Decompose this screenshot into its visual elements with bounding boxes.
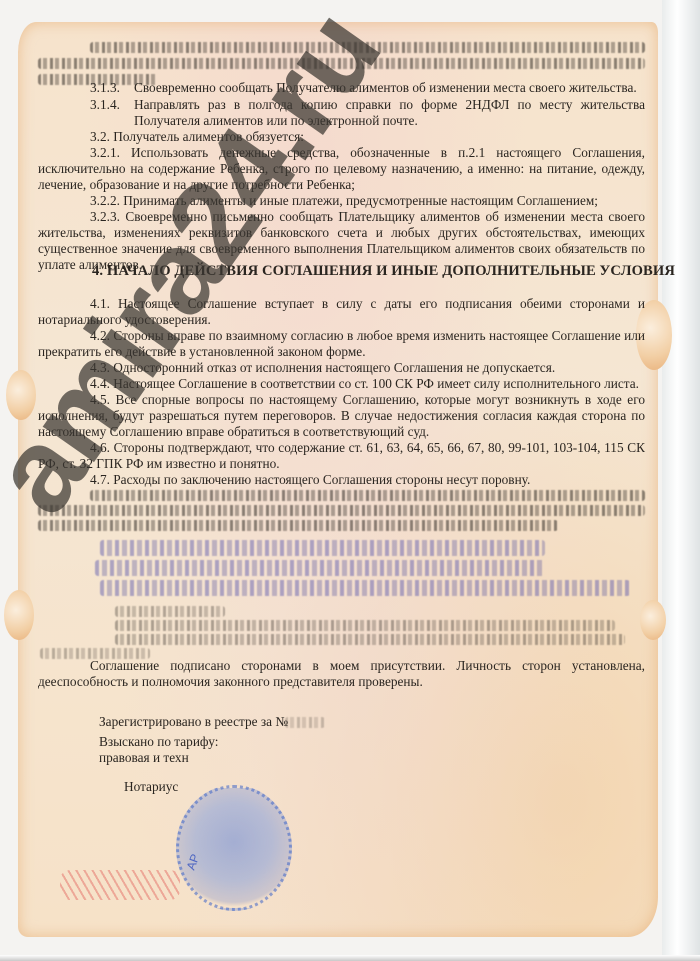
clause-3-2-1-line2: исключительно на содержание Ребенка, стр…	[38, 161, 645, 177]
redacted-text	[90, 42, 645, 53]
clause-4-1-line2: нотариального удостоверения.	[38, 312, 211, 328]
clause-3-2-2: 3.2.2. Принимать алименты и иные платежи…	[90, 193, 598, 209]
clause-3-2-3-line1: 3.2.3. Своевременно письменно сообщать П…	[90, 209, 645, 225]
red-signature	[60, 870, 180, 900]
redacted-text	[115, 620, 615, 631]
clause-3-2-1-line3: лечение, образование и на другие потребн…	[38, 177, 355, 193]
clause-text: Направлять раз в полгода копию справки п…	[134, 97, 645, 112]
redacted-signature	[95, 560, 545, 576]
clause-3-1-4: 3.1.4.Направлять раз в полгода копию спр…	[90, 97, 645, 113]
clause-3-1-4-cont: Получателя алиментов или по электронной …	[134, 113, 418, 129]
redacted-registry-number	[285, 717, 325, 728]
redacted-text	[90, 490, 645, 501]
clause-4-6-line1: 4.6. Стороны подтверждают, что содержани…	[90, 440, 645, 456]
clause-4-4: 4.4. Настоящее Соглашение в соответствии…	[90, 376, 639, 392]
clause-3-2-3-line3: существенное значение для своевременного…	[38, 241, 645, 257]
notary-statement-line2: дееспособность и полномочия законного пр…	[38, 674, 423, 690]
fee-label: Взыскано по тарифу:	[99, 734, 218, 750]
legal-tech-label: правовая и техн	[99, 750, 189, 766]
clause-3-2: 3.2. Получатель алиментов обязуется:	[90, 129, 304, 145]
clause-4-1-line1: 4.1. Настоящее Соглашение вступает в сил…	[90, 296, 645, 312]
clause-4-3: 4.3. Односторонний отказ от исполнения н…	[90, 360, 555, 376]
clause-3-1-3: 3.1.3.Своевременно сообщать Получателю а…	[90, 80, 637, 96]
redacted-text	[115, 606, 225, 617]
clause-3-2-1-line1: 3.2.1. Использовать денежные средства, о…	[90, 145, 645, 161]
clause-4-6-line2: РФ, ст. 32 ГПК РФ им известно и понятно.	[38, 456, 280, 472]
clause-text: Своевременно сообщать Получателю алимент…	[134, 80, 637, 95]
clause-number: 3.1.3.	[90, 80, 134, 96]
clause-4-2-line1: 4.2. Стороны вправе по взаимному согласи…	[90, 328, 645, 344]
notary-seal	[176, 785, 292, 911]
clause-4-7: 4.7. Расходы по заключению настоящего Со…	[90, 472, 530, 488]
clause-number: 3.1.4.	[90, 97, 134, 113]
redacted-signature	[100, 580, 630, 596]
clause-4-2-line2: прекратить его действие в установленной …	[38, 344, 366, 360]
registry-label: Зарегистрировано в реестре за №	[99, 714, 288, 730]
section-4-heading: 4. НАЧАЛО ДЕЙСТВИЯ СОГЛАШЕНИЯ И ИНЫЕ ДОП…	[92, 263, 675, 279]
redacted-signature	[100, 540, 545, 556]
clause-3-2-3-line2: жительства, изменениях реквизитов банков…	[38, 225, 645, 241]
redacted-text	[38, 505, 645, 516]
redacted-text	[38, 58, 645, 69]
clause-4-5-line3: настоящему Соглашению вправе обратиться …	[38, 424, 429, 440]
notary-statement-line1: Соглашение подписано сторонами в моем пр…	[90, 658, 645, 674]
clause-4-5-line2: исполнения, будут разрешаться путем пере…	[38, 408, 645, 424]
redacted-text	[38, 520, 558, 531]
redacted-text	[115, 634, 625, 645]
document-page: 3.1.3.Своевременно сообщать Получателю а…	[0, 0, 700, 961]
clause-4-5-line1: 4.5. Все спорные вопросы по настоящему С…	[90, 392, 645, 408]
notary-label: Нотариус	[124, 779, 178, 795]
